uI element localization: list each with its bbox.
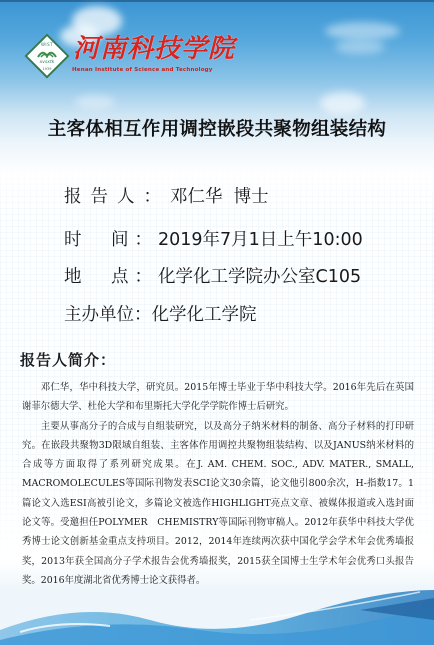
school-name-en: Henan Institute of Science and Technolog… [72,67,213,73]
top-border [0,0,434,2]
wave-decoration [0,590,434,645]
cloud-decoration [335,40,385,54]
organizer-row: 主办单位：化学化工学院 [64,301,257,326]
cloud-decoration [320,92,365,114]
cloud-decoration [325,22,400,40]
bio-paragraph: 邓仁华，华中科技大学，研究员。2015年博士毕业于华中科技大学。2016年先后在… [22,378,414,417]
school-name-cn: 河南科技学院 [73,34,235,64]
time-label: 时 间： [64,226,158,251]
intro-heading: 报告人简介： [20,349,116,370]
logo-middle-text: xvsxtk [24,60,70,65]
talk-title: 主客体相互作用调控嵌段共聚物组装结构 [0,115,434,141]
speaker-row: 报告人：邓仁华 博士 [64,183,269,208]
logo-top-text: WIST [24,42,70,47]
school-logo: WIST xvsxtk 1939 [24,33,70,79]
time-value: 2019年7月1日上午10:00 [158,226,363,251]
location-row: 地 点：化学化工学院办公室C105 [64,263,361,288]
time-row: 时 间：2019年7月1日上午10:00 [64,226,363,251]
speaker-bio: 邓仁华，华中科技大学，研究员。2015年博士毕业于华中科技大学。2016年先后在… [22,378,414,590]
seminar-poster: WIST xvsxtk 1939 河南科技学院 Henan Institute … [0,0,434,645]
location-value: 化学化工学院办公室C105 [158,263,361,288]
logo-year: 1939 [24,67,70,71]
speaker-label: 报告人： [64,183,170,208]
cloud-decoration [75,95,115,109]
organizer-value: 化学化工学院 [152,301,257,326]
location-label: 地 点： [64,263,158,288]
bio-paragraph: 主要从事高分子的合成与自组装研究，以及高分子纳米材料的制备、高分子材料的打印研究… [22,417,414,591]
speaker-value: 邓仁华 博士 [170,183,269,208]
organizer-label: 主办单位： [64,301,152,326]
leaf-icon [37,48,57,58]
